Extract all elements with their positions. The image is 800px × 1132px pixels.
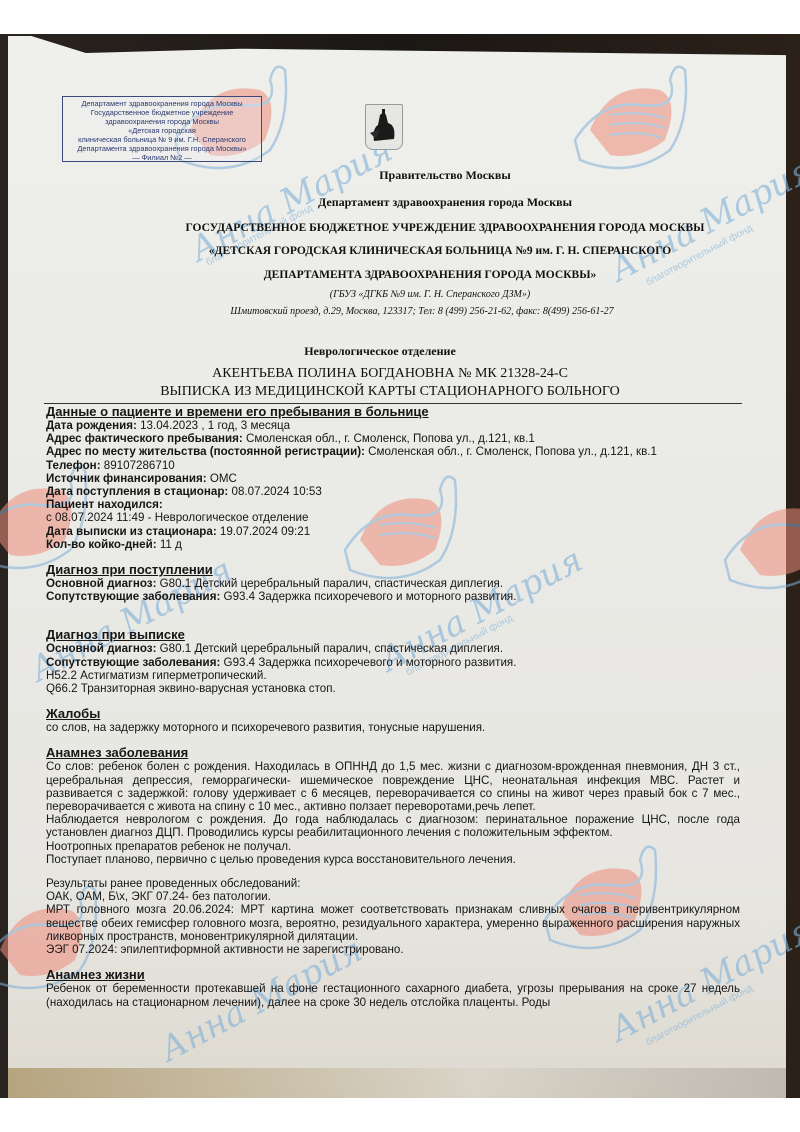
extra-diagnosis: Q66.2 Транзиторная эквино-варусная устан… xyxy=(46,682,740,695)
patient-field: Адрес по месту жительства (постоянной ре… xyxy=(46,445,740,458)
section-title-complaints: Жалобы xyxy=(46,706,740,721)
stamp-line: — Филиал №2 — xyxy=(63,153,261,162)
institution-address: Шмитовский проезд, д.29, Москва, 123317;… xyxy=(22,306,800,317)
result-item: ОАК, ОАМ, Б\х, ЭКГ 07.24- без патологии. xyxy=(46,890,740,903)
history-paragraph: Со слов: ребенок болен с рождения. Наход… xyxy=(46,760,740,813)
patient-field: Кол-во койко-дней: 11 д xyxy=(46,538,740,551)
page-shadow xyxy=(8,1068,786,1098)
extra-diagnosis: H52.2 Астигматизм гиперметропический. xyxy=(46,669,740,682)
institution-short-name: (ГБУЗ «ДГКБ №9 им. Г. Н. Сперанского ДЗМ… xyxy=(30,289,800,300)
result-item: ЭЭГ 07.2024: эпилептиформной активности … xyxy=(46,943,740,956)
history-paragraph: Поступает планово, первично с целью пров… xyxy=(46,853,740,866)
history-paragraph: Наблюдается неврологом с рождения. До го… xyxy=(46,813,740,839)
main-diagnosis: Основной диагноз: G80.1 Детский церебрал… xyxy=(46,642,740,655)
result-item: МРТ головного мозга 20.06.2024: МРТ карт… xyxy=(46,903,740,943)
section-title-admission-diagnosis: Диагноз при поступлении xyxy=(46,562,740,577)
stay-line: с 08.07.2024 11:49 - Неврологическое отд… xyxy=(46,511,740,524)
history-paragraph: Ноотропных препаратов ребенок не получал… xyxy=(46,840,740,853)
life-history-text: Ребенок от беременности протекавшей на ф… xyxy=(46,982,740,1008)
stamp-line: Департамента здравоохранения города Моск… xyxy=(63,144,261,153)
government-name: Правительство Москвы xyxy=(45,168,800,183)
stamp-line: «Детская городская xyxy=(63,126,261,135)
section-title-patient: Данные о пациенте и времени его пребыван… xyxy=(46,404,740,419)
patient-field: Источник финансирования: ОМС xyxy=(46,472,740,485)
patient-field: Телефон: 89107286710 xyxy=(46,459,740,472)
patient-field: Адрес фактического пребывания: Смоленска… xyxy=(46,432,740,445)
patient-field: Дата выписки из стационара: 19.07.2024 0… xyxy=(46,525,740,538)
section-title-discharge-diagnosis: Диагноз при выписке xyxy=(46,627,740,642)
complaints-text: со слов, на задержку моторного и психоре… xyxy=(46,721,740,734)
comorbid-diagnosis: Сопутствующие заболевания: G93.4 Задержк… xyxy=(46,590,740,603)
institution-line-2: «ДЕТСКАЯ ГОРОДСКАЯ КЛИНИЧЕСКАЯ БОЛЬНИЦА … xyxy=(40,245,800,257)
department-name: Департамент здравоохранения города Москв… xyxy=(45,195,800,210)
comorbid-diagnosis: Сопутствующие заболевания: G93.4 Задержк… xyxy=(46,656,740,669)
document-body: Данные о пациенте и времени его пребыван… xyxy=(46,404,740,1009)
stamp-line: Государственное бюджетное учреждение xyxy=(63,108,261,117)
main-diagnosis: Основной диагноз: G80.1 Детский церебрал… xyxy=(46,577,740,590)
results-title: Результаты ранее проведенных обследовани… xyxy=(46,877,740,890)
stamp-line: здравоохранения города Москвы xyxy=(63,117,261,126)
patient-field: Пациент находился: xyxy=(46,498,740,511)
patient-name-line: АКЕНТЬЕВА ПОЛИНА БОГДАНОВНА № МК 21328-2… xyxy=(0,366,790,382)
institution-line-1: ГОСУДАРСТВЕННОЕ БЮДЖЕТНОЕ УЧРЕЖДЕНИЕ ЗДР… xyxy=(45,222,800,234)
moscow-coat-of-arms-icon xyxy=(365,104,403,150)
stamp-line: Департамент здравоохранения города Москв… xyxy=(63,99,261,108)
hospital-stamp: Департамент здравоохранения города Москв… xyxy=(62,96,262,162)
section-title-life-history: Анамнез жизни xyxy=(46,967,740,982)
unit-name: Неврологическое отделение xyxy=(0,344,780,359)
document-title: ВЫПИСКА ИЗ МЕДИЦИНСКОЙ КАРТЫ СТАЦИОНАРНО… xyxy=(0,384,790,400)
patient-field: Дата рождения: 13.04.2023 , 1 год, 3 мес… xyxy=(46,419,740,432)
section-title-disease-history: Анамнез заболевания xyxy=(46,745,740,760)
institution-line-3: ДЕПАРТАМЕНТА ЗДРАВООХРАНЕНИЯ ГОРОДА МОСК… xyxy=(30,269,800,281)
stamp-line: клиническая больница № 9 им. Г.Н. Сперан… xyxy=(63,135,261,144)
patient-field: Дата поступления в стационар: 08.07.2024… xyxy=(46,485,740,498)
